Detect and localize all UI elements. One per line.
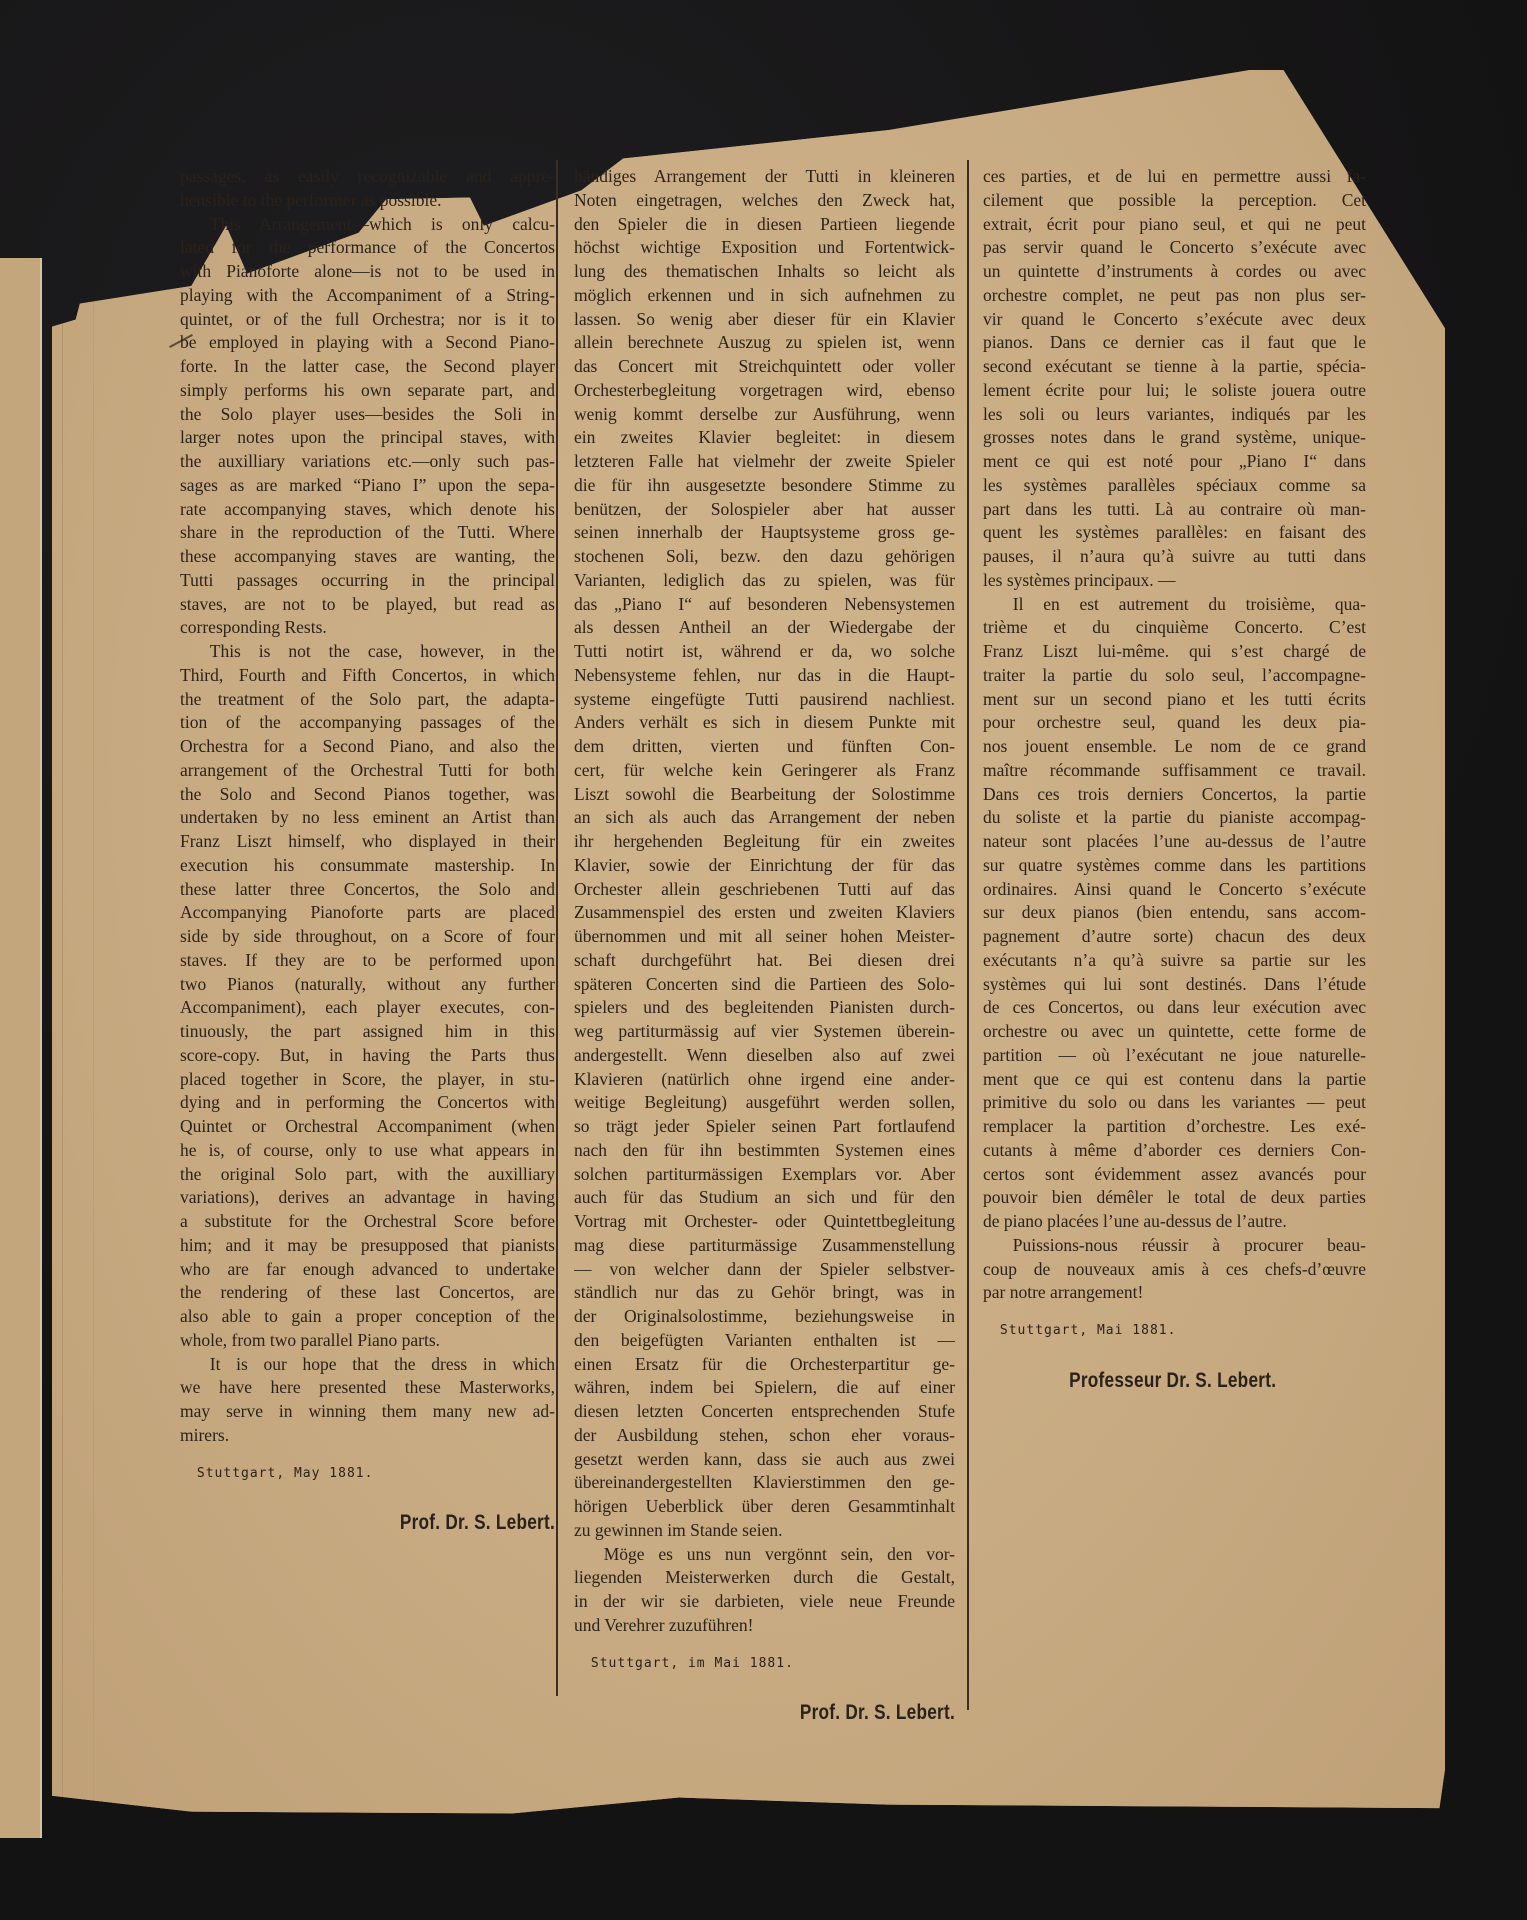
text-line: mirers. (180, 1424, 555, 1448)
place-date: Stuttgart, Mai 1881. (983, 1319, 1366, 1343)
text-line: with Pianoforte alone—is not to be used … (180, 260, 555, 284)
text-line: tinuously, the part assigned him in this (180, 1020, 555, 1044)
text-line: playing with the Accompaniment of a Stri… (180, 284, 555, 308)
signature: Prof. Dr. S. Lebert. (643, 1701, 955, 1725)
text-line: liegenden Meisterwerken durch die Gestal… (574, 1566, 955, 1590)
text-line: passages, as easily recognizable and app… (180, 165, 555, 189)
text-line: certos sont évidemment assez avancés pou… (983, 1163, 1366, 1187)
text-line: les systèmes principaux. — (983, 569, 1366, 593)
text-line: andergestellt. Wenn dieselben also auf z… (574, 1044, 955, 1068)
text-line: Zusammenspiel des ersten und zweiten Kla… (574, 901, 955, 925)
text-line: diesen letzten Concerten entsprechenden … (574, 1400, 955, 1424)
text-line: also able to gain a proper conception of… (180, 1305, 555, 1329)
text-line: les systèmes parallèles spéciaux comme s… (983, 474, 1366, 498)
text-line: staves. If they are to be performed upon (180, 949, 555, 973)
column-french: ces parties, et de lui en permettre auss… (983, 165, 1366, 1393)
text-line: händiges Arrangement der Tutti in kleine… (574, 165, 955, 189)
text-line: so trägt jeder Spieler seinen Part fortl… (574, 1115, 955, 1139)
text-line: Accompaniment), each player executes, co… (180, 996, 555, 1020)
text-line: allein berechnete Auszug zu spielen ist,… (574, 331, 955, 355)
text-line: der Ausbildung stehen, schon eher voraus… (574, 1424, 955, 1448)
text-line: auch für das Studium an sich und für den (574, 1186, 955, 1210)
text-line: — von welcher dann der Spieler selbstver… (574, 1258, 955, 1282)
text-line: benützen, der Solospieler aber hat ausse… (574, 498, 955, 522)
text-line: the Solo and Second Pianos together, was (180, 783, 555, 807)
text-line: primitive du solo ou dans les variantes … (983, 1091, 1366, 1115)
paragraph: Möge es uns nun vergönnt sein, den vor-l… (574, 1543, 955, 1638)
text-line: lated for the performance of the Concert… (180, 236, 555, 260)
text-line: schaft durchgeführt hat. Bei diesen drei (574, 949, 955, 973)
text-line: nateur sont placées l’une au-dessus de l… (983, 830, 1366, 854)
text-line: dem dritten, vierten und fünften Con- (574, 735, 955, 759)
text-line: rate accompanying staves, which denote h… (180, 498, 555, 522)
text-line: we have here presented these Masterworks… (180, 1376, 555, 1400)
text-line: ment sur un second piano et les tutti éc… (983, 688, 1366, 712)
text-line: vir quand le Concerto s’exécute avec deu… (983, 308, 1366, 332)
text-line: Franz Liszt lui-même. qui s’est chargé d… (983, 640, 1366, 664)
signature: Prof. Dr. S. Lebert. (248, 1511, 556, 1535)
text-line: Tutti passages occurring in the principa… (180, 569, 555, 593)
text-line: nach den für ihn bestimmten Systemen ein… (574, 1139, 955, 1163)
text-line: him; and it may be presupposed that pian… (180, 1234, 555, 1258)
paragraph: This is not the case, however, in theThi… (180, 640, 555, 1353)
text-line: be employed in playing with a Second Pia… (180, 331, 555, 355)
text-line: a substitute for the Orchestral Score be… (180, 1210, 555, 1234)
text-line: und Verehrer zuzuführen! (574, 1614, 955, 1638)
text-line: pas servir quand le Concerto s’exécute a… (983, 236, 1366, 260)
text-line: arrangement of the Orchestral Tutti for … (180, 759, 555, 783)
column-german: händiges Arrangement der Tutti in kleine… (574, 165, 955, 1725)
text-line: der Originalsolostimme, beziehungsweise … (574, 1305, 955, 1329)
text-line: stochenen Soli, bezw. den dazu gehörigen (574, 545, 955, 569)
text-line: einen Ersatz für die Orchesterpartitur g… (574, 1353, 955, 1377)
text-line: Vortrag mit Orchester- oder Quintettbegl… (574, 1210, 955, 1234)
column-divider (967, 160, 969, 1710)
signature: Professeur Dr. S. Lebert. (983, 1369, 1297, 1393)
text-line: the auxilliary variations etc.—only such… (180, 450, 555, 474)
adjacent-page-edge (0, 258, 42, 1838)
text-line: whole, from two parallel Piano parts. (180, 1329, 555, 1353)
text-line: hensible to the performer as possible. (180, 189, 555, 213)
text-line: pour orchestre seul, quand les deux pia- (983, 711, 1366, 735)
text-line: in der wir sie darbieten, viele neue Fre… (574, 1590, 955, 1614)
text-line: side by side throughout, on a Score of f… (180, 925, 555, 949)
text-line: spielers und des begleitenden Pianisten … (574, 996, 955, 1020)
text-line: un quintette d’instruments à cordes ou a… (983, 260, 1366, 284)
text-line: les soli ou leurs variantes, indiqués pa… (983, 403, 1366, 427)
text-line: traiter la partie du solo seul, l’accomp… (983, 664, 1366, 688)
text-line: Varianten, lediglich das zu spielen, was… (574, 569, 955, 593)
text-line: remplacer la partition d’orchestre. Les … (983, 1115, 1366, 1139)
text-line: weg partiturmässig auf vier Systemen übe… (574, 1020, 955, 1044)
text-line: Franz Liszt himself, who displayed in th… (180, 830, 555, 854)
text-line: ces parties, et de lui en permettre auss… (983, 165, 1366, 189)
text-line: grosses notes dans le grand système, uni… (983, 426, 1366, 450)
text-line: wenig kommt derselbe zur Ausführung, wen… (574, 403, 955, 427)
text-line: de ces Concertos, ou dans leur exécution… (983, 996, 1366, 1020)
text-line: pagnement d’autre sorte) chacun des deux (983, 925, 1366, 949)
column-english: passages, as easily recognizable and app… (180, 165, 555, 1535)
text-line: This is not the case, however, in the (180, 640, 555, 664)
text-line: undertaken by no less eminent an Artist … (180, 806, 555, 830)
text-line: den beigefügten Varianten enthalten ist … (574, 1329, 955, 1353)
text-line: may serve in winning them many new ad- (180, 1400, 555, 1424)
text-line: pauses, il n’aura qu’à suivre au tutti d… (983, 545, 1366, 569)
text-line: two Pianos (naturally, without any furth… (180, 973, 555, 997)
text-line: extrait, écrit pour piano seul, et qui n… (983, 213, 1366, 237)
text-line: Orchesterbegleitung vorgetragen wird, eb… (574, 379, 955, 403)
text-line: part dans les tutti. Là au contraire où … (983, 498, 1366, 522)
text-line: partition — où l’exécutant ne joue natur… (983, 1044, 1366, 1068)
text-line: Third, Fourth and Fifth Concertos, in wh… (180, 664, 555, 688)
text-line: pianos. Dans ce dernier cas il faut que … (983, 331, 1366, 355)
text-line: the treatment of the Solo part, the adap… (180, 688, 555, 712)
text-line: staves, are not to be played, but read a… (180, 593, 555, 617)
text-line: die für ihn ausgesetzte besondere Stimme… (574, 474, 955, 498)
paragraph: It is our hope that the dress in whichwe… (180, 1353, 555, 1448)
text-line: forte. In the latter case, the Second pl… (180, 355, 555, 379)
text-line: das „Piano I“ auf besonderen Nebensystem… (574, 593, 955, 617)
text-line: variations), derives an advantage in hav… (180, 1186, 555, 1210)
text-line: ihr hergehenden Begleitung für ein zweit… (574, 830, 955, 854)
text-line: par notre arrangement! (983, 1281, 1366, 1305)
text-line: Tutti notirt ist, während er da, wo solc… (574, 640, 955, 664)
column-divider (556, 160, 558, 1696)
text-line: Klavieren (natürlich ohne irgend eine an… (574, 1068, 955, 1092)
text-line: nos jouent ensemble. Le nom de ce grand (983, 735, 1366, 759)
text-line: Dans ces trois derniers Concertos, la pa… (983, 783, 1366, 807)
text-line: Anders verhält es sich in diesem Punkte … (574, 711, 955, 735)
text-line: währen, indem bei Spielern, die auf eine… (574, 1376, 955, 1400)
text-line: Klavier, sowie der Einrichtung der für d… (574, 854, 955, 878)
text-line: Quintet or Orchestral Accompaniment (whe… (180, 1115, 555, 1139)
text-line: dying and in performing the Concertos wi… (180, 1091, 555, 1115)
text-line: ment que ce qui est contenu dans la part… (983, 1068, 1366, 1092)
text-line: Orchestra for a Second Piano, and also t… (180, 735, 555, 759)
text-line: sur quatre systèmes comme dans les parti… (983, 854, 1366, 878)
place-date: Stuttgart, May 1881. (180, 1462, 555, 1486)
text-line: larger notes upon the principal staves, … (180, 426, 555, 450)
text-line: sages as are marked “Piano I” upon the s… (180, 474, 555, 498)
text-line: placed together in Score, the player, in… (180, 1068, 555, 1092)
text-line: mag diese partiturmässige Zusammenstellu… (574, 1234, 955, 1258)
text-line: who are far enough advanced to undertake (180, 1258, 555, 1282)
text-line: tion of the accompanying passages of the (180, 711, 555, 735)
text-line: cilement que possible la perception. Cet (983, 189, 1366, 213)
text-line: the rendering of these last Concertos, a… (180, 1281, 555, 1305)
text-line: ordinaires. Ainsi quand le Concerto s’ex… (983, 878, 1366, 902)
text-line: ständlich nur das zu Gehör bringt, was i… (574, 1281, 955, 1305)
text-line: Liszt sowohl die Bearbeitung der Solosti… (574, 783, 955, 807)
text-line: second exécutant se tienne à la partie, … (983, 355, 1366, 379)
paragraph: händiges Arrangement der Tutti in kleine… (574, 165, 955, 1543)
page-fold (62, 250, 94, 1810)
text-line: It is our hope that the dress in which (180, 1353, 555, 1377)
text-line: als dessen Antheil an der Wiedergabe der (574, 616, 955, 640)
text-line: Orchester allein geschriebenen Tutti auf… (574, 878, 955, 902)
text-line: This Arrangement—which is only calcu- (180, 213, 555, 237)
text-line: cert, für welche kein Geringerer als Fra… (574, 759, 955, 783)
text-line: Noten eingetragen, welches den Zweck hat… (574, 189, 955, 213)
text-line: share in the reproduction of the Tutti. … (180, 521, 555, 545)
paragraph: Puissions-nous réussir à procurer beau-c… (983, 1234, 1366, 1305)
text-line: these accompanying staves are wanting, t… (180, 545, 555, 569)
text-line: ein zweites Klavier begleitet: in diesem (574, 426, 955, 450)
text-line: übereinandergestellten Klavierstimmen de… (574, 1471, 955, 1495)
text-line: maître récommande suffisamment ce travai… (983, 759, 1366, 783)
paragraph: ces parties, et de lui en permettre auss… (983, 165, 1366, 593)
text-line: sur deux pianos (bien entendu, sans acco… (983, 901, 1366, 925)
paragraph: This Arrangement—which is only calcu-lat… (180, 213, 555, 641)
text-line: score-copy. But, in having the Parts thu… (180, 1044, 555, 1068)
text-line: corresponding Rests. (180, 616, 555, 640)
text-line: simply performs his own separate part, a… (180, 379, 555, 403)
text-line: de piano placées l’une au-dessus de l’au… (983, 1210, 1366, 1234)
text-line: gesetzt werden kann, dass sie auch aus z… (574, 1448, 955, 1472)
text-line: Accompanying Pianoforte parts are placed (180, 901, 555, 925)
text-line: hörigen Ueberblick über deren Gesammtinh… (574, 1495, 955, 1519)
text-line: Möge es uns nun vergönnt sein, den vor- (574, 1543, 955, 1567)
text-line: the original Solo part, with the auxilli… (180, 1163, 555, 1187)
text-line: letzteren Falle hat vielmehr der zweite … (574, 450, 955, 474)
text-line: seinen innerhalb der Hauptsysteme gross … (574, 521, 955, 545)
text-line: späteren Concerten sind die Partieen des… (574, 973, 955, 997)
paragraph: passages, as easily recognizable and app… (180, 165, 555, 213)
text-line: höchst wichtige Exposition und Fortentwi… (574, 236, 955, 260)
text-line: these latter three Concertos, the Solo a… (180, 878, 555, 902)
text-line: möglich erkennen und in sich aufnehmen z… (574, 284, 955, 308)
text-line: exécutants n’a qu’à suivre sa partie sur… (983, 949, 1366, 973)
text-line: zu gewinnen im Stande seien. (574, 1519, 955, 1543)
text-line: orchestre complet, ne peut pas non plus … (983, 284, 1366, 308)
text-line: lung des thematischen Inhalts so leicht … (574, 260, 955, 284)
text-line: systèmes qui lui sont destinés. Dans l’é… (983, 973, 1366, 997)
text-line: weitige Begleitung) ausgeführt werden so… (574, 1091, 955, 1115)
text-line: ment ce qui est noté pour „Piano I“ dans (983, 450, 1366, 474)
text-line: an sich als auch das Arrangement der neb… (574, 806, 955, 830)
text-line: the Solo player uses—besides the Soli in (180, 403, 555, 427)
text-line: cutants à même d’aborder ces derniers Co… (983, 1139, 1366, 1163)
text-line: Nebensysteme fehlen, nur das in die Haup… (574, 664, 955, 688)
text-line: quent les systèmes parallèles: en faisan… (983, 521, 1366, 545)
text-line: he is, of course, only to use what appea… (180, 1139, 555, 1163)
text-line: Il en est autrement du troisième, qua- (983, 593, 1366, 617)
text-line: quintet, or of the full Orchestra; nor i… (180, 308, 555, 332)
text-line: lement écrite pour lui; le soliste jouer… (983, 379, 1366, 403)
text-line: trième et du cinquième Concerto. C’est (983, 616, 1366, 640)
text-line: den Spieler die in diesen Partieen liege… (574, 213, 955, 237)
text-line: systeme eingefügte Tutti pausirend nachl… (574, 688, 955, 712)
text-line: execution his consummate mastership. In (180, 854, 555, 878)
text-line: du soliste et la partie du pianiste acco… (983, 806, 1366, 830)
place-date: Stuttgart, im Mai 1881. (574, 1652, 955, 1676)
text-line: übernommen und mit all seiner hohen Meis… (574, 925, 955, 949)
text-line: orchestre ou avec un quintette, cette fo… (983, 1020, 1366, 1044)
text-line: lassen. So wenig aber dieser für ein Kla… (574, 308, 955, 332)
text-line: pouvoir bien démêler le total de deux pa… (983, 1186, 1366, 1210)
text-line: das Concert mit Streichquintett oder vol… (574, 355, 955, 379)
text-line: Puissions-nous réussir à procurer beau- (983, 1234, 1366, 1258)
text-line: coup de nouveaux amis à ces chefs-d’œuvr… (983, 1258, 1366, 1282)
text-line: solchen partiturmässigen Exemplars vor. … (574, 1163, 955, 1187)
paragraph: Il en est autrement du troisième, qua-tr… (983, 593, 1366, 1234)
